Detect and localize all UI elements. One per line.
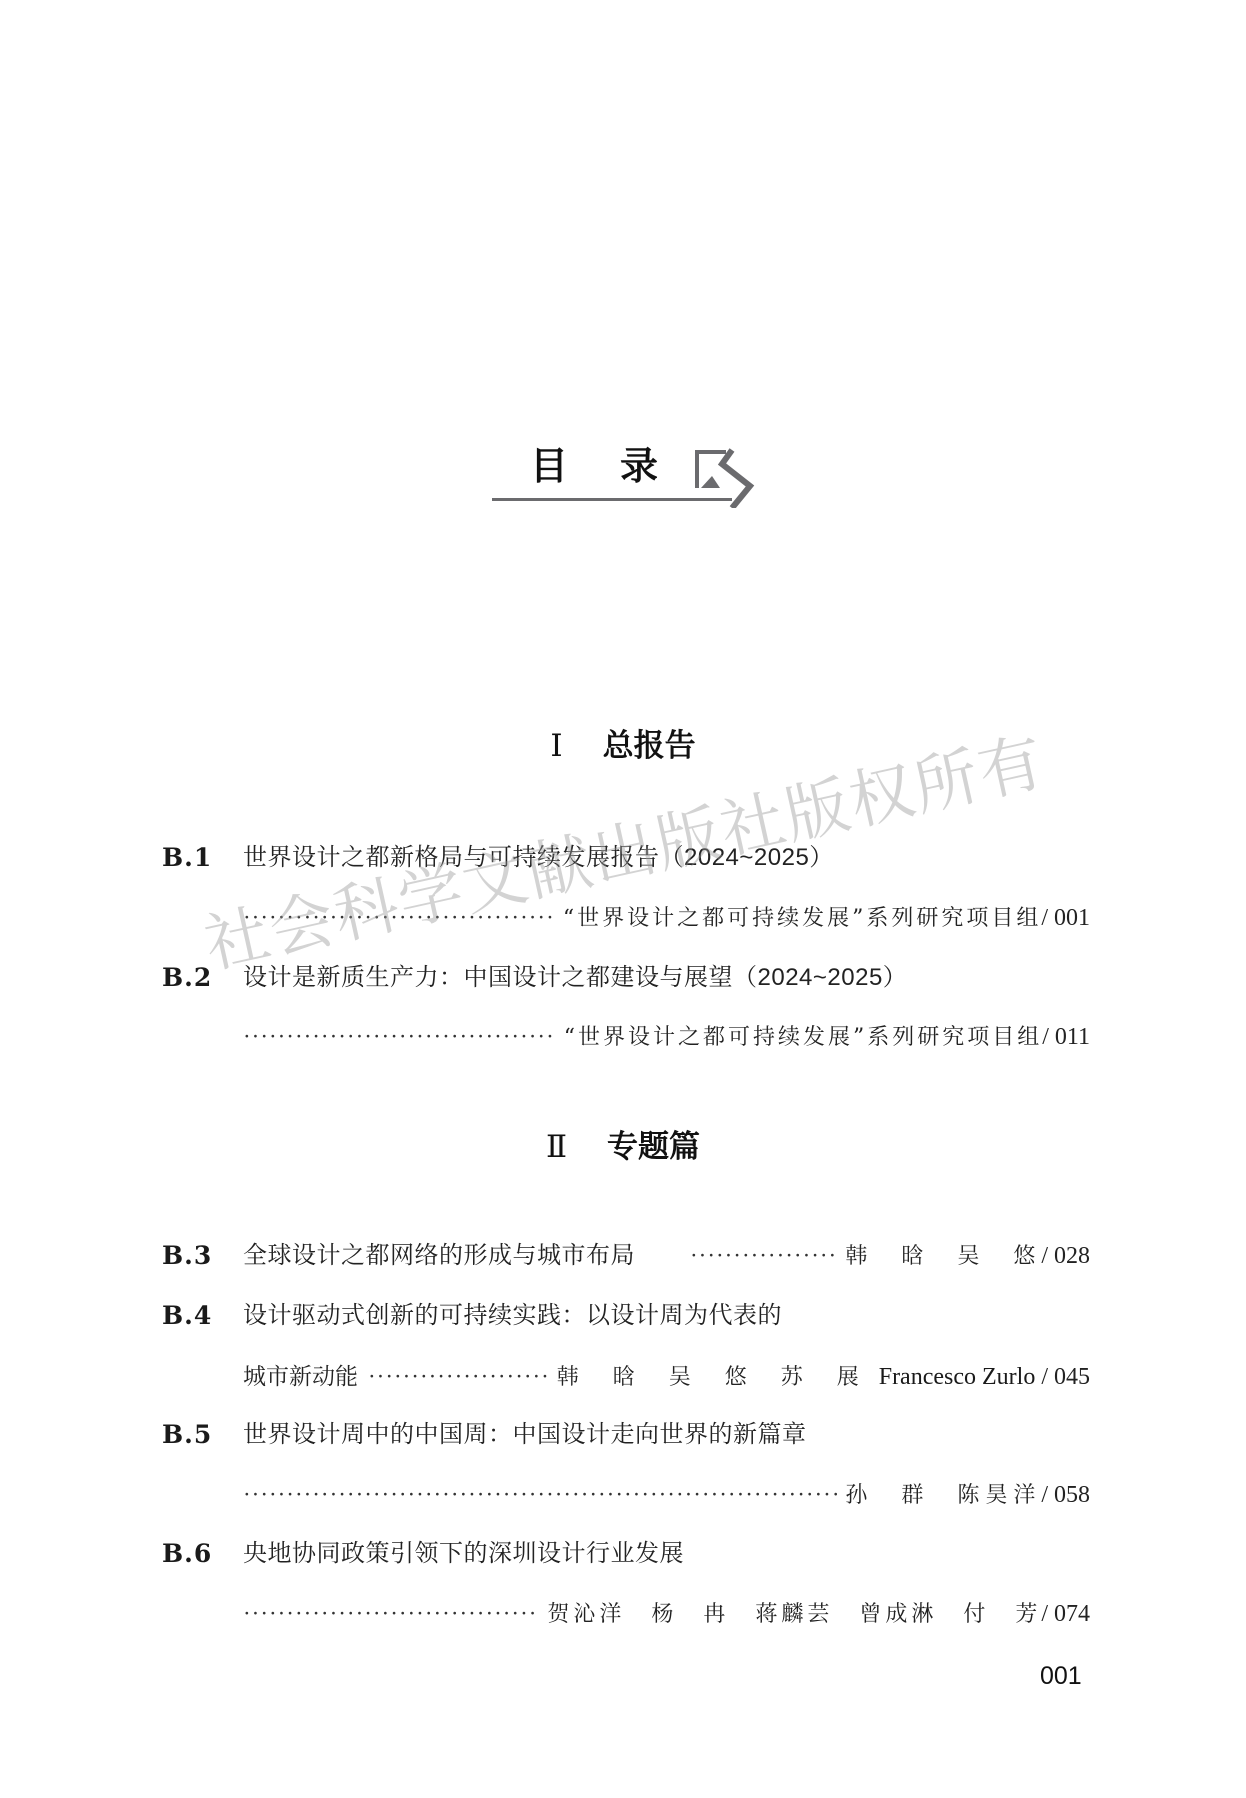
entry-title[interactable]: 设计是新质生产力：中国设计之都建设与展望（2024~2025） <box>243 958 907 998</box>
entry-authors: 孙 群 陈昊洋 <box>845 1476 1041 1516</box>
toc-entry-b1[interactable]: B.1 世界设计之都新格局与可持续发展报告（2024~2025） <box>162 838 1090 878</box>
entry-author-line: 孙 群 陈昊洋 / 058 <box>243 1475 1090 1515</box>
entry-author-line: 韩 晗 吴 悠 / 028 <box>690 1236 1090 1276</box>
page-number: 001 <box>1040 1662 1082 1691</box>
leader-dots <box>368 1357 549 1397</box>
toc-heading-char-1: 目 <box>530 444 568 488</box>
toc-entry-b2[interactable]: B.2 设计是新质生产力：中国设计之都建设与展望（2024~2025） <box>162 958 1090 998</box>
toc-heading: 目 录 <box>492 440 762 506</box>
entry-authors: 韩 晗 吴 悠 苏 展 <box>557 1358 865 1398</box>
entry-label: B.3 <box>162 1236 212 1276</box>
entry-authors: 贺沁洋 杨 冉 蒋麟芸 曾成淋 付 芳 <box>547 1595 1041 1635</box>
section-number: Ⅰ <box>550 726 562 766</box>
entry-page[interactable]: / 028 <box>1041 1236 1090 1276</box>
entry-authors: “世界设计之都可持续发展”系列研究项目组 <box>564 1018 1043 1058</box>
entry-title[interactable]: 央地协同政策引领下的深圳设计行业发展 <box>243 1534 684 1574</box>
entry-title[interactable]: 设计驱动式创新的可持续实践：以设计周为代表的 <box>243 1296 782 1336</box>
toc-entry-b5[interactable]: B.5 世界设计周中的中国周：中国设计走向世界的新篇章 <box>162 1415 1090 1455</box>
entry-title-continuation[interactable]: 城市新动能 <box>243 1356 358 1396</box>
leader-dots <box>243 1594 539 1634</box>
entry-author-line: “世界设计之都可持续发展”系列研究项目组 / 011 <box>243 1017 1090 1057</box>
section-title: 专题篇 <box>607 1129 700 1165</box>
section-heading-1: Ⅰ总报告 <box>0 726 1246 766</box>
entry-author-line: “世界设计之都可持续发展”系列研究项目组 / 001 <box>243 898 1090 938</box>
toc-heading-char-2: 录 <box>620 444 658 488</box>
entry-author-line: 贺沁洋 杨 冉 蒋麟芸 曾成淋 付 芳 / 074 <box>243 1594 1090 1634</box>
entry-authors: 韩 晗 吴 悠 <box>845 1237 1041 1277</box>
leader-dots <box>243 1017 556 1057</box>
leader-dots <box>243 1475 837 1515</box>
entry-title[interactable]: 世界设计之都新格局与可持续发展报告（2024~2025） <box>243 838 834 878</box>
entry-page[interactable]: / 045 <box>1041 1357 1090 1397</box>
leader-dots <box>243 898 555 938</box>
entry-page[interactable]: / 011 <box>1042 1017 1090 1057</box>
entry-label: B.1 <box>162 838 212 878</box>
entry-author-line: 城市新动能 韩 晗 吴 悠 苏 展 Francesco Zurlo / 045 <box>243 1356 1090 1396</box>
entry-label: B.5 <box>162 1415 212 1455</box>
entry-title[interactable]: 世界设计周中的中国周：中国设计走向世界的新篇章 <box>243 1415 807 1455</box>
entry-label: B.4 <box>162 1296 212 1336</box>
section-heading-2: Ⅱ专题篇 <box>0 1127 1246 1167</box>
leader-dots <box>690 1236 837 1276</box>
toc-entry-b6[interactable]: B.6 央地协同政策引领下的深圳设计行业发展 <box>162 1534 1090 1574</box>
entry-page[interactable]: / 058 <box>1041 1475 1090 1515</box>
toc-page: 目 录 Ⅰ总报告 B.1 世界设计之都新格局与可持续发展报告（2024~2025… <box>0 0 1246 1798</box>
corner-arrow-icon <box>692 448 762 508</box>
entry-authors: “世界设计之都可持续发展”系列研究项目组 <box>563 899 1042 939</box>
entry-authors-latin: Francesco Zurlo <box>879 1357 1036 1397</box>
section-number: Ⅱ <box>546 1127 567 1167</box>
entry-page[interactable]: / 001 <box>1041 898 1090 938</box>
entry-label: B.6 <box>162 1534 212 1574</box>
section-title: 总报告 <box>603 728 696 764</box>
entry-page[interactable]: / 074 <box>1041 1594 1090 1634</box>
entry-label: B.2 <box>162 958 212 998</box>
toc-entry-b4[interactable]: B.4 设计驱动式创新的可持续实践：以设计周为代表的 <box>162 1296 1090 1336</box>
entry-title[interactable]: 全球设计之都网络的形成与城市布局 <box>243 1236 635 1276</box>
